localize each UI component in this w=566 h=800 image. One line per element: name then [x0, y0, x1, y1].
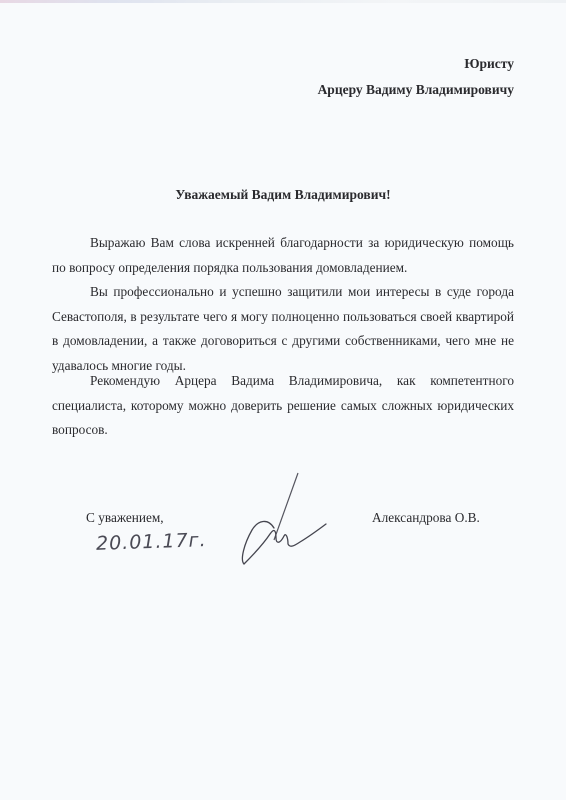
paragraph-court-result: Вы профессионально и успешно защитили мо…: [52, 280, 514, 378]
addressee-title: Юристу: [464, 56, 514, 72]
salutation: Уважаемый Вадим Владимирович!: [0, 187, 566, 203]
scan-edge-strip: [0, 0, 566, 3]
paragraph-gratitude: Выражаю Вам слова искренней благодарност…: [52, 231, 514, 280]
addressee-name: Арцеру Вадиму Владимировичу: [318, 82, 514, 98]
closing-phrase: С уважением,: [86, 510, 164, 526]
letter-page: Юристу Арцеру Вадиму Владимировичу Уважа…: [0, 0, 566, 800]
paragraph-recommendation: Рекомендую Арцера Вадима Владимировича, …: [52, 369, 514, 443]
handwritten-date: 20.01.17г.: [96, 529, 207, 555]
signature-icon: [230, 468, 340, 568]
signer-name: Александрова О.В.: [372, 510, 480, 526]
